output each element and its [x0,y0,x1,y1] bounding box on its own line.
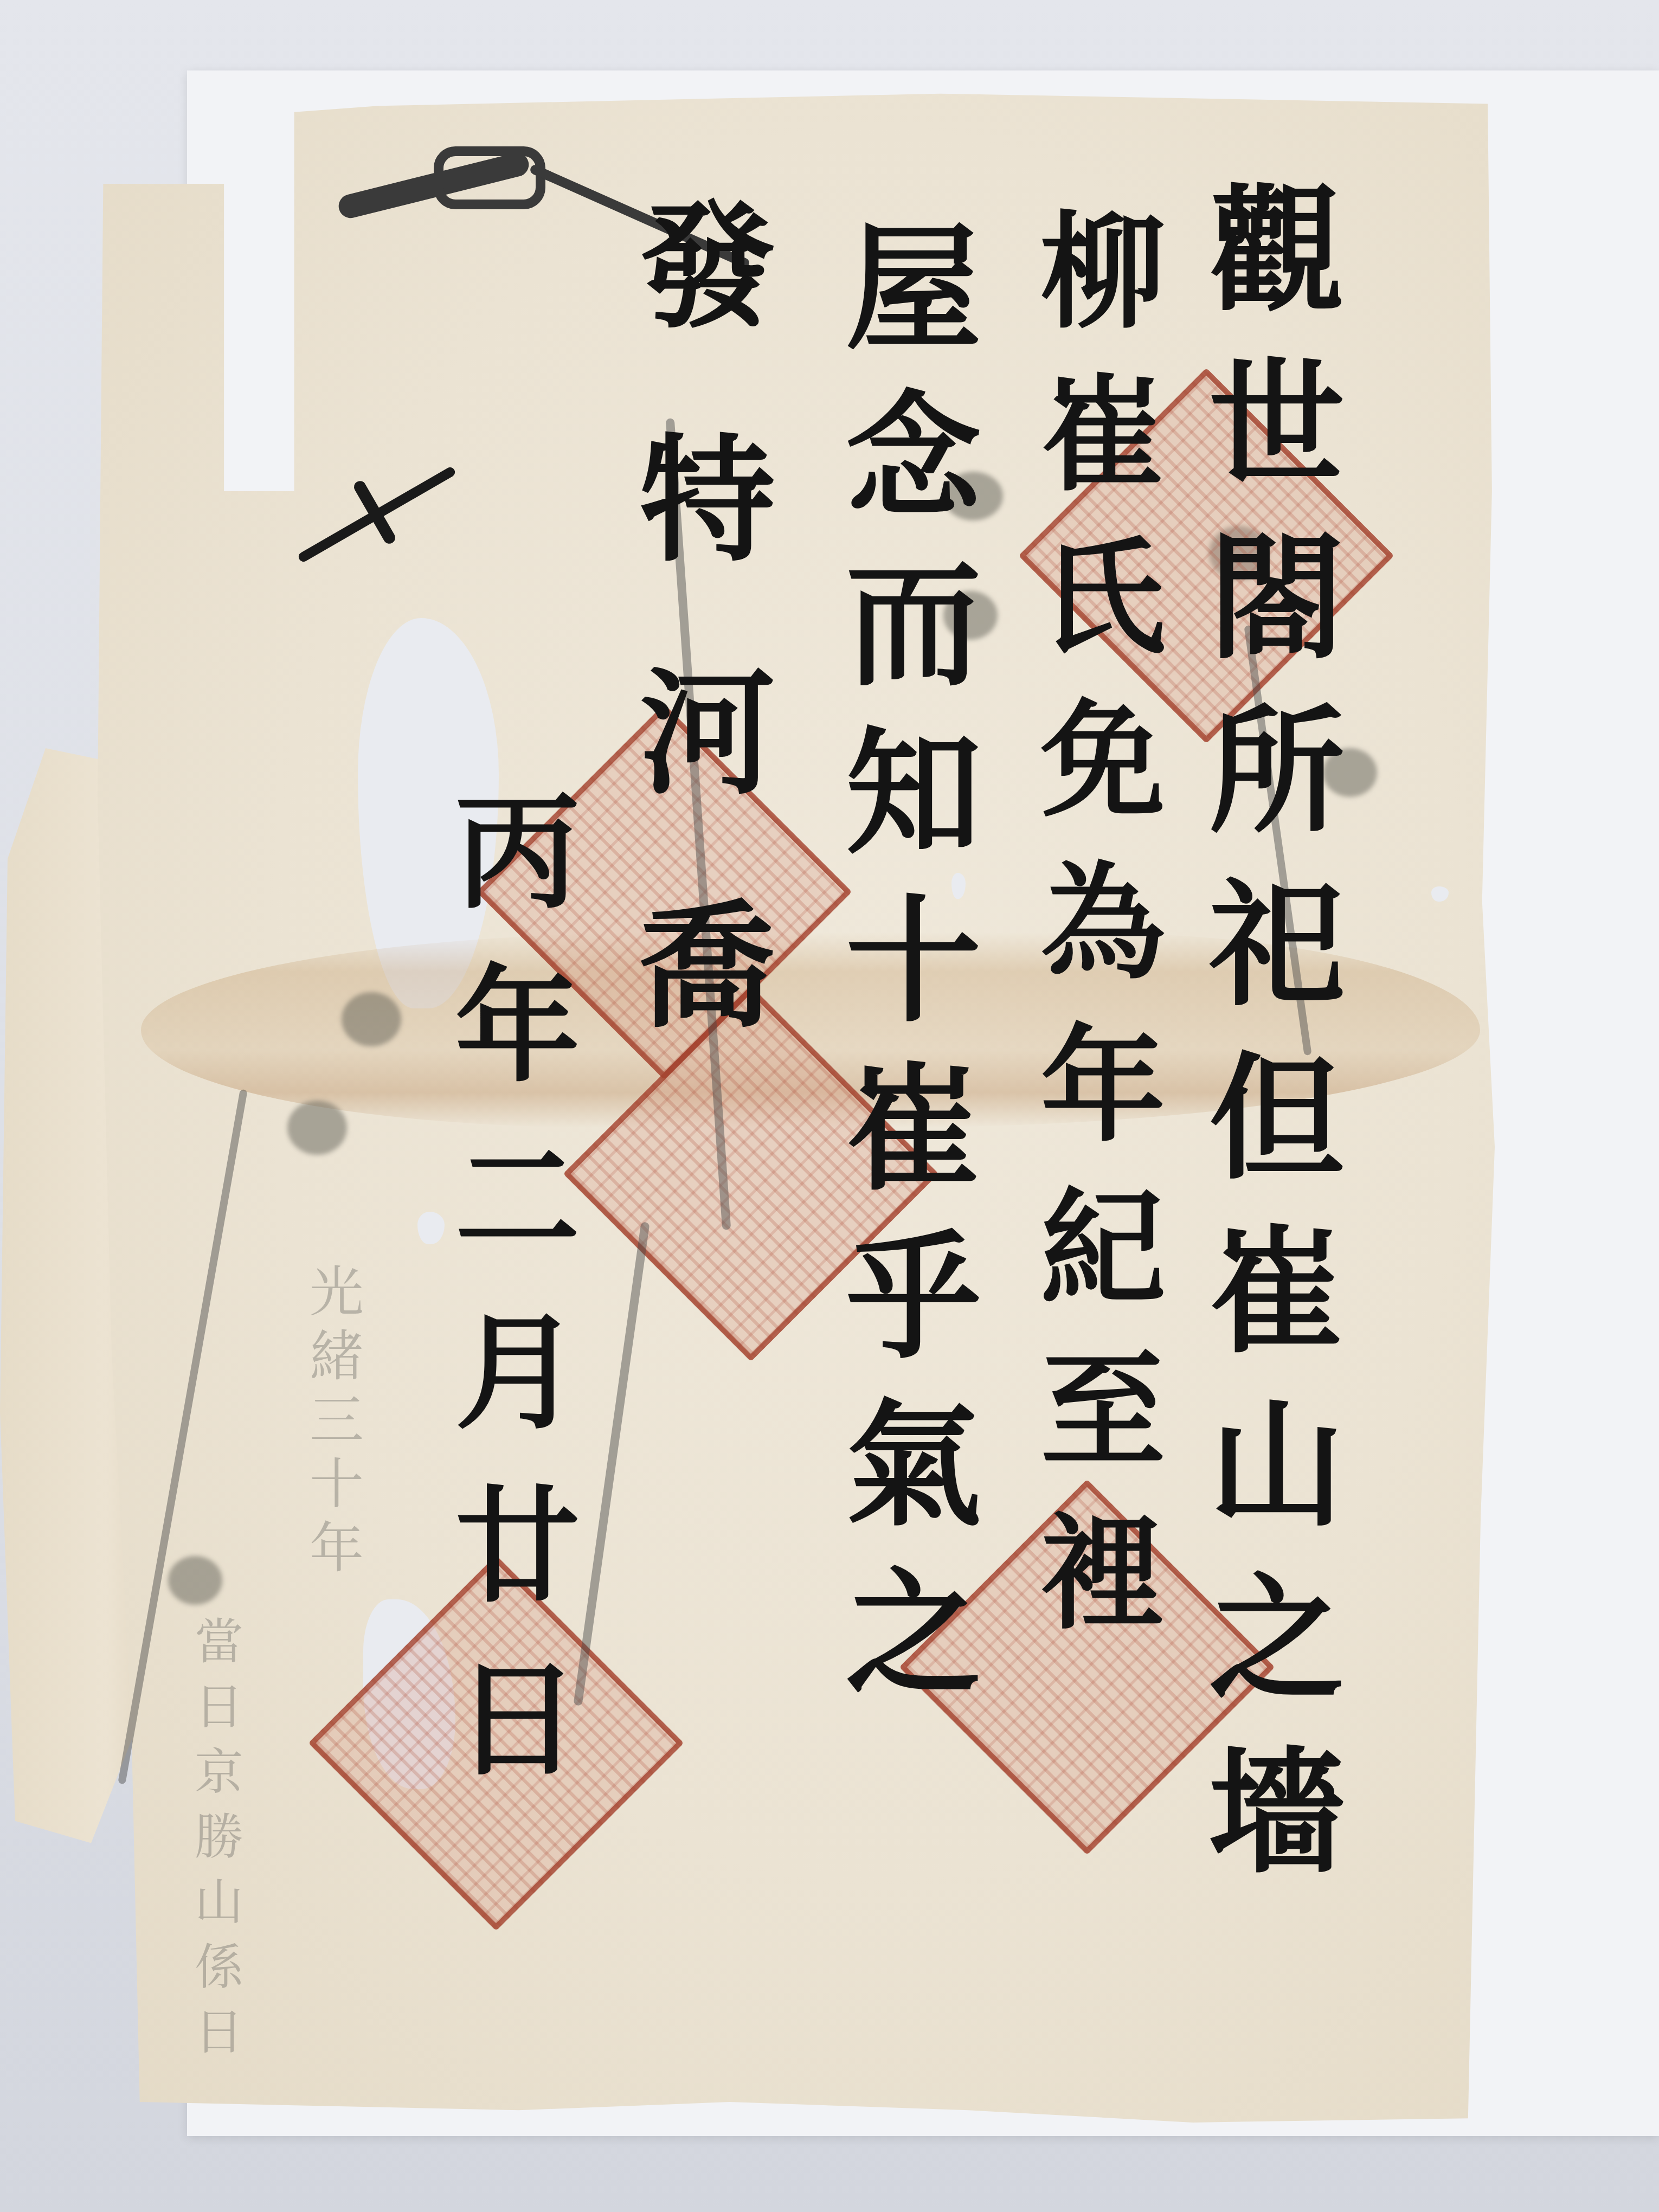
text-column-4: 發特河喬 [629,195,764,1128]
text-column-2: 柳崔氏免為年紀至裡 [1030,206,1155,1670]
top-left-flourish-loop [434,146,545,209]
bleed-through-text-2: 當日京勝山係日 [179,1616,249,2071]
date-column: 丙年二月廿日 [445,786,569,1827]
text-column-3: 屋念而知十崔乎氣之 [835,217,970,1729]
ink-blot [287,1101,347,1155]
ink-blot [168,1556,222,1605]
bleed-through-text-1: 光緒三十年 [293,1263,371,1583]
ink-blot [342,992,401,1046]
text-column-1: 觀世閤所祀但崔山之墻 [1198,179,1334,1914]
